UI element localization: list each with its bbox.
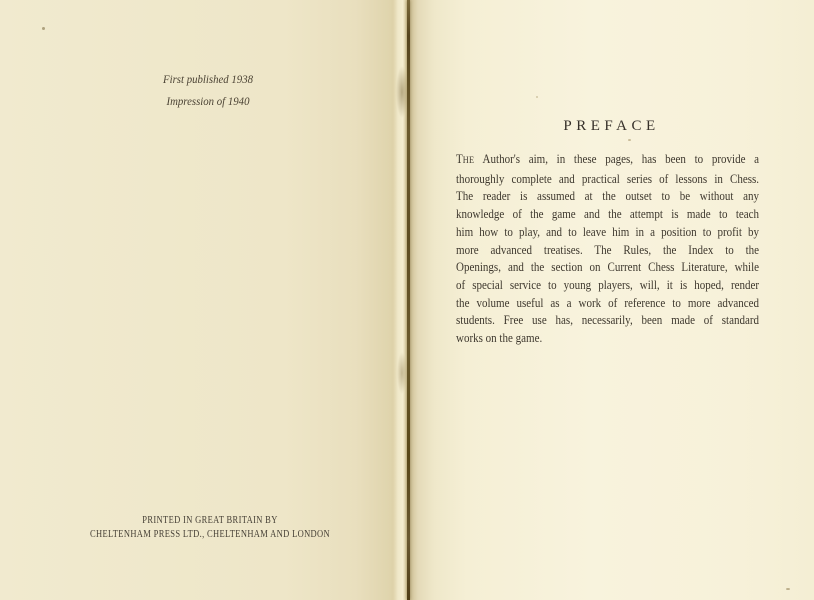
edition-line-impression: Impression of 1940 [73,90,343,112]
paragraph-line: knowledge of the game and the attempt is… [456,206,759,224]
gutter-shadow-blob [396,66,408,118]
paragraph-line: more advanced treatises. The Rules, the … [456,242,759,260]
paragraph-line: of special service to young players, wil… [456,277,759,295]
printer-imprint: PRINTED IN GREAT BRITAIN BY CHELTENHAM P… [28,514,392,542]
book-scan: First published 1938 Impression of 1940 … [0,0,814,600]
edition-notice: First published 1938 Impression of 1940 [58,68,358,112]
paragraph-line: students. Free use has, necessarily, bee… [456,312,759,330]
lead-word-small-caps: HE [463,156,475,166]
paragraph-line-text: Author's aim, in these pages, has been t… [483,152,760,166]
imprint-line-printed-in: PRINTED IN GREAT BRITAIN BY [55,514,364,528]
preface-paragraph: THE Author's aim, in these pages, has be… [456,151,759,348]
paragraph-line: The reader is assumed at the outset to b… [456,188,759,206]
paragraph-line: him how to play, and to leave him in a p… [456,224,759,242]
gutter-shadow-blob [397,352,407,394]
scan-speck [628,139,631,141]
paragraph-line: the volume useful as a work of reference… [456,295,759,313]
scan-speck [786,588,790,590]
scan-speck [42,27,45,30]
paragraph-line: Openings, and the section on Current Che… [456,259,759,277]
edition-line-first-published: First published 1938 [73,68,343,90]
lead-word-initial: T [456,152,463,166]
imprint-line-press: CHELTENHAM PRESS LTD., CHELTENHAM AND LO… [55,528,364,542]
paragraph-line: THE Author's aim, in these pages, has be… [456,151,759,171]
paragraph-line: thoroughly complete and practical series… [456,171,759,189]
paragraph-line: works on the game. [456,330,759,348]
preface-heading: PREFACE [458,118,761,134]
scan-speck [536,96,538,98]
